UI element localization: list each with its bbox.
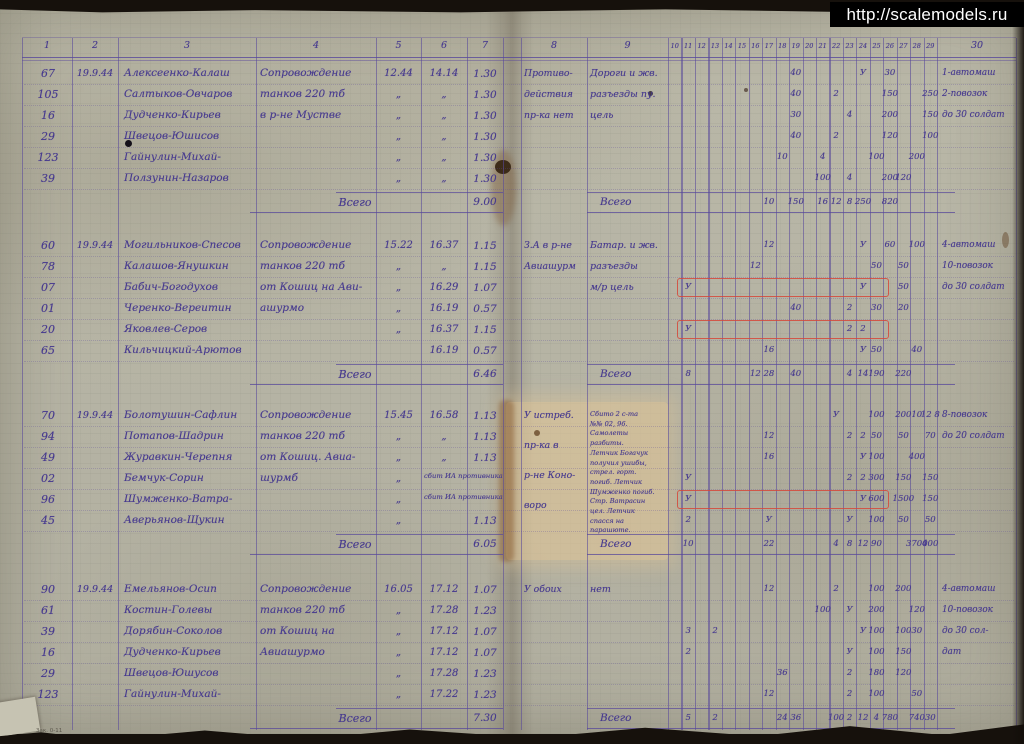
row-rule bbox=[24, 620, 1014, 622]
cell-task: ашурмо bbox=[260, 302, 376, 314]
cell-value: 16 bbox=[754, 452, 783, 462]
cell-sortie-number: 45 bbox=[30, 514, 66, 527]
header-col-number: 7 bbox=[467, 40, 503, 51]
cell-time-end: 16.58 bbox=[421, 410, 467, 421]
red-pencil-box bbox=[677, 320, 889, 339]
cell-crew: Костин-Голевы bbox=[124, 604, 254, 616]
cell-time-start: „ bbox=[376, 431, 421, 442]
cell-time-end: 16.37 bbox=[421, 240, 467, 251]
total-value: 150 bbox=[781, 197, 810, 207]
cell-observation: 10-повозок bbox=[942, 605, 1016, 615]
cell-duration: 1.23 bbox=[467, 605, 503, 617]
cell-crew: Ползунин-Назаров bbox=[124, 172, 254, 184]
red-pencil-box bbox=[677, 490, 889, 509]
cell-task: танков 220 тб bbox=[260, 604, 376, 616]
total-rule bbox=[587, 708, 955, 709]
header-rule bbox=[22, 57, 1016, 58]
cell-time-start: „ bbox=[376, 303, 421, 314]
cell-crew: Потапов-Шадрин bbox=[124, 430, 254, 442]
cell-value: 50 bbox=[862, 261, 891, 271]
cell-observation: 1-автомаш bbox=[942, 68, 1016, 78]
red-pencil-box bbox=[677, 278, 889, 297]
cell-time-start: „ bbox=[376, 515, 421, 526]
cell-value: 30 bbox=[781, 110, 810, 120]
cell-value: 4 bbox=[835, 110, 864, 120]
cell-time-end: „ bbox=[421, 110, 467, 121]
cell-target: погиб. Летчик bbox=[590, 478, 668, 486]
row-rule bbox=[24, 683, 1014, 685]
cell-time-start: „ bbox=[376, 668, 421, 679]
cell-value: У bbox=[835, 647, 864, 657]
cell-value: 2 bbox=[821, 89, 850, 99]
cell-time-start: „ bbox=[376, 473, 421, 484]
cell-target: разъезды пу. bbox=[590, 89, 668, 100]
header-col-number: 12 bbox=[695, 42, 708, 50]
cell-value: 250 bbox=[916, 89, 945, 99]
header-col-number: 16 bbox=[749, 42, 762, 50]
cell-value: У bbox=[754, 515, 783, 525]
cell-time-start: „ bbox=[376, 282, 421, 293]
header-col-number: 3 bbox=[118, 40, 256, 51]
cell-time-end: „ bbox=[421, 261, 467, 272]
cell-target: разбиты. bbox=[590, 439, 668, 447]
total-label: Всего bbox=[320, 368, 390, 381]
cell-sortie-number: 16 bbox=[30, 109, 66, 122]
cell-target: спасся на bbox=[590, 517, 668, 525]
total-value: 780 bbox=[875, 713, 904, 723]
cell-crew: Гайнулин-Михай- bbox=[124, 151, 254, 163]
header-col-number: 20 bbox=[803, 42, 816, 50]
cell-value: 20 bbox=[889, 303, 918, 313]
cell-duration: 1.30 bbox=[467, 131, 503, 143]
cell-time-start: „ bbox=[376, 261, 421, 272]
cell-opposition: действия bbox=[524, 89, 586, 100]
cell-task: Сопровождение bbox=[260, 67, 376, 79]
cell-crew: Салтыков-Овчаров bbox=[124, 88, 254, 100]
cell-value: 12 bbox=[741, 261, 770, 271]
cell-value: 200 bbox=[902, 152, 931, 162]
cell-target: Сбито 2 с-та bbox=[590, 410, 668, 418]
total-value: 190 bbox=[862, 369, 891, 379]
cell-target: стрел. горт. bbox=[590, 468, 668, 476]
cell-value: 40 bbox=[781, 131, 810, 141]
total-value: 5 bbox=[673, 713, 702, 723]
header-rule bbox=[22, 60, 1016, 61]
cell-value: 50 bbox=[862, 345, 891, 355]
cell-observation: до 30 сол- bbox=[942, 626, 1016, 636]
cell-time-end: 16.29 bbox=[421, 282, 467, 293]
cell-sortie-number: 60 bbox=[30, 239, 66, 252]
row-rule bbox=[24, 83, 1014, 85]
cell-value: 36 bbox=[768, 668, 797, 678]
header-col-number: 24 bbox=[856, 42, 869, 50]
header-col-number: 13 bbox=[708, 42, 721, 50]
total-rule bbox=[587, 534, 955, 535]
cell-time-end: 17.12 bbox=[421, 626, 467, 637]
cell-crew: Швецов-Юшусов bbox=[124, 667, 254, 679]
cell-duration: 1.07 bbox=[467, 584, 503, 596]
cell-opposition: пр-ка в bbox=[524, 440, 586, 451]
total-value: 28 bbox=[754, 369, 783, 379]
row-rule bbox=[24, 167, 1014, 169]
cell-sortie-number: 20 bbox=[30, 323, 66, 336]
cell-value: 30 bbox=[862, 303, 891, 313]
cell-time-start: „ bbox=[376, 324, 421, 335]
cell-remark: сбит ИА противника bbox=[424, 472, 502, 480]
cell-value: 100 bbox=[862, 515, 891, 525]
cell-sortie-number: 61 bbox=[30, 604, 66, 617]
cell-time-start: „ bbox=[376, 452, 421, 463]
cell-time-start: „ bbox=[376, 647, 421, 658]
cell-opposition: У обоих bbox=[524, 584, 586, 595]
row-rule bbox=[24, 255, 1014, 257]
row-rule bbox=[24, 467, 1014, 469]
cell-value: 100 bbox=[916, 131, 945, 141]
total-label: Всего bbox=[320, 712, 390, 725]
total-rule bbox=[336, 534, 503, 535]
cell-time-end: 16.37 bbox=[421, 324, 467, 335]
cell-duration: 1.30 bbox=[467, 89, 503, 101]
cell-task: танков 220 тб bbox=[260, 260, 376, 272]
header-col-number: 2 bbox=[72, 40, 118, 51]
cell-crew: Дорябин-Соколов bbox=[124, 625, 254, 637]
cell-target: Батар. и жв. bbox=[590, 240, 668, 251]
cell-time-end: 17.22 bbox=[421, 689, 467, 700]
cell-time-end: „ bbox=[421, 131, 467, 142]
column-rule bbox=[503, 38, 504, 730]
cell-crew: Емельянов-Осип bbox=[124, 583, 254, 595]
cell-value: 100 bbox=[862, 647, 891, 657]
cell-duration: 1.13 bbox=[467, 452, 503, 464]
cell-value: 50 bbox=[902, 689, 931, 699]
cell-crew: Болотушин-Сафлин bbox=[124, 409, 254, 421]
cell-time-start: „ bbox=[376, 689, 421, 700]
cell-target: №№ 02, 96. bbox=[590, 420, 668, 428]
total-rule bbox=[250, 212, 503, 213]
cell-sortie-number: 29 bbox=[30, 130, 66, 143]
cell-value: 100 bbox=[862, 410, 891, 420]
cell-value: 150 bbox=[875, 89, 904, 99]
cell-value: 150 bbox=[916, 110, 945, 120]
cell-value: 120 bbox=[875, 131, 904, 141]
row-rule bbox=[24, 530, 1014, 532]
cell-value: 50 bbox=[889, 515, 918, 525]
total-rule bbox=[587, 192, 955, 193]
cell-observation: 10-повозок bbox=[942, 261, 1016, 271]
ledger-table: 1234567891011121314151617181920212223242… bbox=[0, 0, 1024, 744]
cell-time-start: „ bbox=[376, 626, 421, 637]
row-rule bbox=[24, 704, 1014, 706]
cell-target: цель bbox=[590, 110, 668, 121]
cell-crew: Дудченко-Кирьев bbox=[124, 109, 254, 121]
cell-task: в р-не Мустве bbox=[260, 109, 376, 121]
cell-time-end: 16.19 bbox=[421, 345, 467, 356]
cell-crew: Калашов-Янушкин bbox=[124, 260, 254, 272]
header-col-number: 15 bbox=[735, 42, 748, 50]
total-value: 36 bbox=[781, 713, 810, 723]
cell-crew: Яковлев-Серов bbox=[124, 323, 254, 335]
cell-value: 70 bbox=[916, 431, 945, 441]
header-col-number: 5 bbox=[376, 40, 421, 51]
cell-duration: 1.30 bbox=[467, 68, 503, 80]
header-col-number: 26 bbox=[883, 42, 896, 50]
header-col-number: 4 bbox=[256, 40, 376, 51]
cell-value: 100 bbox=[862, 626, 891, 636]
total-label: Всего bbox=[600, 712, 660, 724]
cell-crew: Могильников-Спесов bbox=[124, 239, 254, 251]
cell-value: 150 bbox=[889, 647, 918, 657]
cell-sortie-number: 78 bbox=[30, 260, 66, 273]
torn-paper-corner bbox=[0, 697, 40, 737]
cell-sortie-number: 02 bbox=[30, 472, 66, 485]
cell-value: 300 bbox=[862, 473, 891, 483]
column-rule bbox=[521, 38, 522, 730]
cell-value: 400 bbox=[902, 452, 931, 462]
cell-value: У bbox=[673, 473, 702, 483]
cell-opposition: пр-ка нет bbox=[524, 110, 586, 121]
cell-value: 100 bbox=[808, 173, 837, 183]
cell-value: 2 bbox=[673, 647, 702, 657]
cell-crew: Кильчицкий-Арютов bbox=[124, 344, 254, 356]
cell-sortie-number: 01 bbox=[30, 302, 66, 315]
row-rule bbox=[24, 446, 1014, 448]
row-rule bbox=[24, 662, 1014, 664]
row-rule bbox=[24, 339, 1014, 341]
cell-task: от Кошиц. Авиа- bbox=[260, 451, 376, 463]
cell-value: 2 bbox=[821, 584, 850, 594]
cell-duration: 1.15 bbox=[467, 324, 503, 336]
cell-value: 12 8 bbox=[916, 410, 945, 420]
cell-value: 100 bbox=[902, 240, 931, 250]
cell-value: 12 bbox=[754, 584, 783, 594]
cell-time-end: 17.28 bbox=[421, 605, 467, 616]
cell-date: 19.9.44 bbox=[72, 410, 118, 421]
cell-crew: Журавкин-Черепня bbox=[124, 451, 254, 463]
cell-sortie-number: 49 bbox=[30, 451, 66, 464]
cell-sortie-number: 65 bbox=[30, 344, 66, 357]
cell-value: 200 bbox=[889, 584, 918, 594]
row-rule bbox=[24, 104, 1014, 106]
cell-time-start: „ bbox=[376, 494, 421, 505]
cell-value: 12 bbox=[754, 431, 783, 441]
cell-sortie-number: 90 bbox=[30, 583, 66, 596]
cell-value: 4 bbox=[835, 173, 864, 183]
cell-time-start: „ bbox=[376, 110, 421, 121]
cell-value: 2 bbox=[821, 131, 850, 141]
column-rule bbox=[22, 38, 23, 730]
total-rule bbox=[336, 364, 503, 365]
cell-time-start: 15.45 bbox=[376, 410, 421, 421]
cell-crew: Аверьянов-Щукин bbox=[124, 514, 254, 526]
cell-task: Сопровождение bbox=[260, 239, 376, 251]
header-col-number: 27 bbox=[897, 42, 910, 50]
cell-time-start: „ bbox=[376, 131, 421, 142]
cell-target: Дороги и жв. bbox=[590, 68, 668, 79]
cell-sortie-number: 94 bbox=[30, 430, 66, 443]
header-col-number: 25 bbox=[870, 42, 883, 50]
cell-time-end: „ bbox=[421, 431, 467, 442]
header-col-number: 29 bbox=[924, 42, 937, 50]
cell-opposition: У истреб. bbox=[524, 410, 586, 421]
column-rule bbox=[118, 38, 119, 730]
cell-observation: до 30 солдат bbox=[942, 110, 1016, 120]
cell-value: 60 bbox=[875, 240, 904, 250]
row-rule bbox=[24, 641, 1014, 643]
cell-value: 150 bbox=[889, 473, 918, 483]
cell-crew: Шумженко-Ватра- bbox=[124, 493, 254, 505]
cell-task: Авиашурмо bbox=[260, 646, 376, 658]
row-rule bbox=[24, 509, 1014, 511]
cell-value: У bbox=[821, 410, 850, 420]
cell-time-start: „ bbox=[376, 152, 421, 163]
cell-target: нет bbox=[590, 584, 668, 595]
cell-duration: 1.13 bbox=[467, 431, 503, 443]
cell-value: 200 bbox=[862, 605, 891, 615]
cell-value: 50 bbox=[889, 261, 918, 271]
row-rule bbox=[24, 125, 1014, 127]
cell-value: 16 bbox=[754, 345, 783, 355]
cell-value: 30 bbox=[875, 68, 904, 78]
cell-value: 120 bbox=[889, 173, 918, 183]
header-col-number: 8 bbox=[521, 40, 587, 51]
total-rule bbox=[250, 728, 503, 729]
row-rule bbox=[24, 146, 1014, 148]
row-rule bbox=[24, 599, 1014, 601]
total-value: 22 bbox=[754, 539, 783, 549]
header-col-number: 28 bbox=[910, 42, 923, 50]
cell-value: 40 bbox=[902, 345, 931, 355]
cell-value: 100 bbox=[862, 584, 891, 594]
header-col-number: 1 bbox=[22, 40, 72, 51]
total-label: Всего bbox=[600, 196, 660, 208]
cell-value: 180 bbox=[862, 668, 891, 678]
scanned-ledger-page: 1234567891011121314151617181920212223242… bbox=[0, 0, 1024, 744]
cell-time-start: 12.44 bbox=[376, 68, 421, 79]
cell-time-end: 17.28 bbox=[421, 668, 467, 679]
total-value: 220 bbox=[889, 369, 918, 379]
cell-value: 50 bbox=[889, 282, 918, 292]
cell-observation: дат bbox=[942, 647, 1016, 657]
total-rule bbox=[587, 212, 955, 213]
cell-value: У bbox=[848, 68, 877, 78]
total-value: 820 bbox=[875, 197, 904, 207]
cell-duration: 1.15 bbox=[467, 240, 503, 252]
cell-duration: 1.07 bbox=[467, 282, 503, 294]
cell-target: Шумженко погиб. bbox=[590, 488, 668, 496]
column-rule bbox=[72, 38, 73, 730]
cell-sortie-number: 67 bbox=[30, 67, 66, 80]
cell-duration: 1.30 bbox=[467, 152, 503, 164]
total-value: 8 bbox=[673, 369, 702, 379]
cell-value: 12 bbox=[754, 240, 783, 250]
header-col-number: 30 bbox=[938, 40, 1016, 51]
cell-crew: Дудченко-Кирьев bbox=[124, 646, 254, 658]
cell-time-end: 17.12 bbox=[421, 584, 467, 595]
cell-observation: 2-повозок bbox=[942, 89, 1016, 99]
cell-date: 19.9.44 bbox=[72, 68, 118, 79]
cell-value: 50 bbox=[916, 515, 945, 525]
cell-sortie-number: 96 bbox=[30, 493, 66, 506]
total-value: 2 bbox=[700, 713, 729, 723]
cell-date: 19.9.44 bbox=[72, 584, 118, 595]
cell-task: Сопровождение bbox=[260, 409, 376, 421]
cell-value: У bbox=[835, 605, 864, 615]
cell-sortie-number: 07 bbox=[30, 281, 66, 294]
cell-duration: 1.13 bbox=[467, 410, 503, 422]
cell-observation: 4-автомаш bbox=[942, 240, 1016, 250]
cell-time-end: 17.12 bbox=[421, 647, 467, 658]
cell-value: 2 bbox=[700, 626, 729, 636]
cell-crew: Гайнулин-Михай- bbox=[124, 688, 254, 700]
cell-duration: 0.57 bbox=[467, 345, 503, 357]
header-col-number: 19 bbox=[789, 42, 802, 50]
total-value: 40 bbox=[781, 369, 810, 379]
cell-target: м/р цель bbox=[590, 282, 668, 293]
cell-task: шурмб bbox=[260, 472, 376, 484]
total-label: Всего bbox=[600, 368, 660, 380]
cell-value: 150 bbox=[916, 494, 945, 504]
cell-target: Летчик Богачук bbox=[590, 449, 668, 457]
total-duration: 7.30 bbox=[467, 712, 503, 724]
header-col-number: 17 bbox=[762, 42, 775, 50]
total-rule bbox=[587, 384, 955, 385]
row-rule bbox=[24, 360, 1014, 362]
cell-value: 100 bbox=[862, 152, 891, 162]
cell-value: 2 bbox=[835, 668, 864, 678]
cell-task: Сопровождение bbox=[260, 583, 376, 595]
total-duration: 6.05 bbox=[467, 538, 503, 550]
cell-crew: Бабич-Богодухов bbox=[124, 281, 254, 293]
header-col-number: 22 bbox=[829, 42, 842, 50]
total-value: 90 bbox=[862, 539, 891, 549]
printers-mark: Зак. 0-11 bbox=[36, 728, 62, 734]
cell-sortie-number: 16 bbox=[30, 646, 66, 659]
cell-value: 4 bbox=[808, 152, 837, 162]
cell-value: 50 bbox=[862, 431, 891, 441]
cell-time-start: 16.05 bbox=[376, 584, 421, 595]
header-col-number: 11 bbox=[681, 42, 694, 50]
cell-value: 3 bbox=[673, 626, 702, 636]
cell-task: от Кошиц на bbox=[260, 625, 376, 637]
total-rule bbox=[336, 192, 503, 193]
cell-observation: до 20 солдат bbox=[942, 431, 1016, 441]
cell-sortie-number: 123 bbox=[30, 151, 66, 164]
cell-time-start: 15.22 bbox=[376, 240, 421, 251]
cell-time-end: „ bbox=[421, 89, 467, 100]
cell-value: 100 bbox=[862, 452, 891, 462]
cell-value: 2 bbox=[835, 689, 864, 699]
header-col-number: 21 bbox=[816, 42, 829, 50]
watermark-banner: http://scalemodels.ru bbox=[830, 2, 1024, 27]
cell-observation: до 30 солдат bbox=[942, 282, 1016, 292]
cell-duration: 1.30 bbox=[467, 173, 503, 185]
cell-crew: Швецов-Юшисов bbox=[124, 130, 254, 142]
cell-value: 40 bbox=[781, 89, 810, 99]
header-col-number: 6 bbox=[421, 40, 467, 51]
cell-value: У bbox=[848, 240, 877, 250]
cell-time-start: „ bbox=[376, 605, 421, 616]
cell-task: танков 220 тб bbox=[260, 430, 376, 442]
header-col-number: 9 bbox=[587, 40, 668, 51]
cell-value: 150 bbox=[916, 473, 945, 483]
header-col-number: 10 bbox=[668, 42, 681, 50]
watermark-url: http://scalemodels.ru bbox=[846, 5, 1007, 25]
cell-observation: 4-автомаш bbox=[942, 584, 1016, 594]
row-rule bbox=[24, 425, 1014, 427]
total-value: 10 bbox=[673, 539, 702, 549]
total-label: Всего bbox=[600, 538, 660, 550]
cell-value: 40 bbox=[781, 68, 810, 78]
